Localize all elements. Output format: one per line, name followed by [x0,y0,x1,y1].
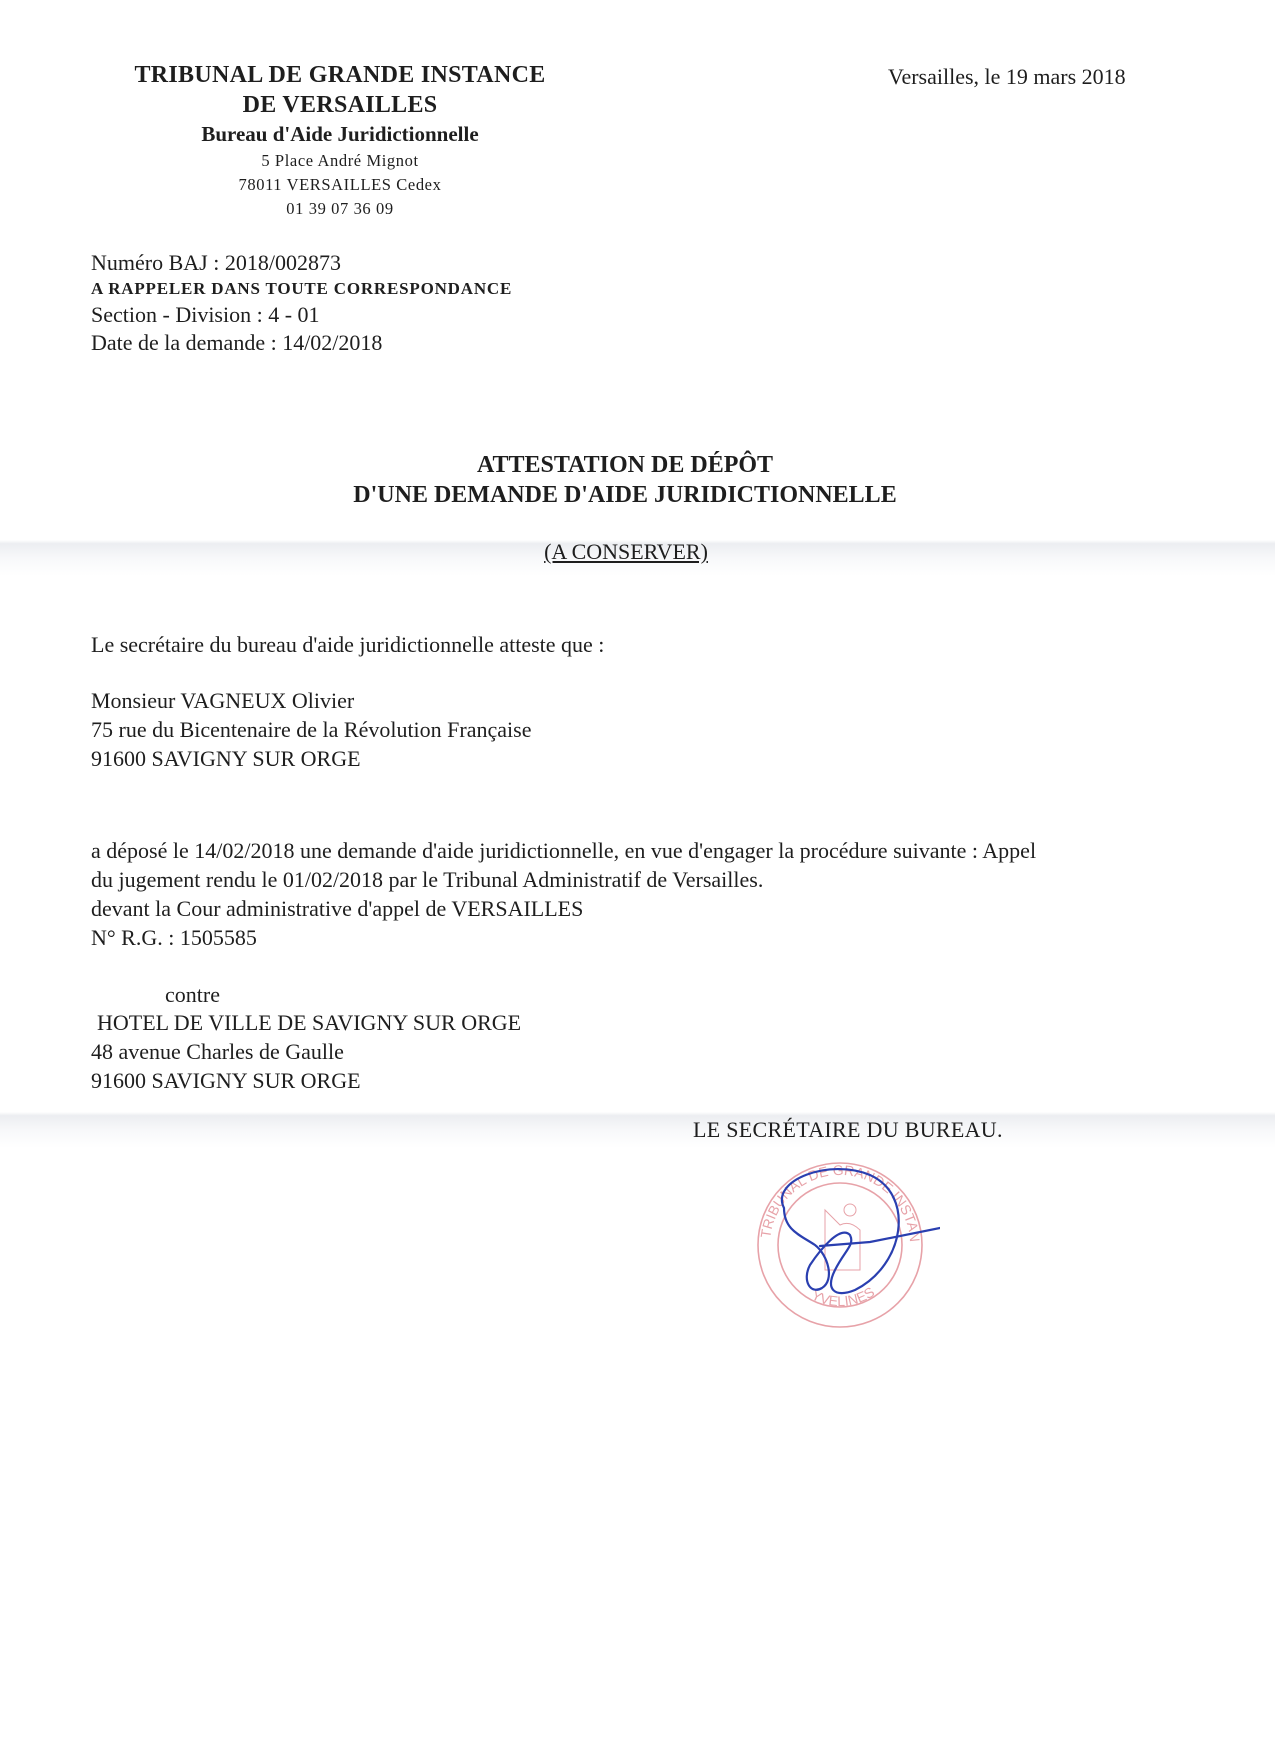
title-line-1: ATTESTATION DE DÉPÔT [0,450,1250,480]
applicant-city: 91600 SAVIGNY SUR ORGE [91,744,531,773]
place-date: Versailles, le 19 mars 2018 [888,64,1126,90]
signature-title: LE SECRÉTAIRE DU BUREAU. [693,1117,1003,1143]
adverse-party-city: 91600 SAVIGNY SUR ORGE [91,1066,521,1095]
issuer-city: 78011 VERSAILLES Cedex [90,173,590,197]
attestation-intro: Le secrétaire du bureau d'aide juridicti… [91,630,604,659]
seal-text-bottom: YVELINES [809,1283,877,1309]
applicant-name: Monsieur VAGNEUX Olivier [91,686,531,715]
court-seal-stamp: TRIBUNAL DE GRANDE INSTANCE DE VERSAILLE… [740,1150,940,1340]
request-date: Date de la demande : 14/02/2018 [91,329,512,357]
keep-notice: (A CONSERVER) [0,539,1252,565]
issuer-street: 5 Place André Mignot [90,149,590,173]
procedure-block: a déposé le 14/02/2018 une demande d'aid… [91,836,1036,952]
svg-text:YVELINES: YVELINES [809,1283,877,1309]
issuer-header: TRIBUNAL DE GRANDE INSTANCE DE VERSAILLE… [90,60,590,221]
procedure-line-2: du jugement rendu le 01/02/2018 par le T… [91,865,1036,894]
baj-number: Numéro BAJ : 2018/002873 [91,249,512,277]
applicant-block: Monsieur VAGNEUX Olivier 75 rue du Bicen… [91,686,531,773]
procedure-line-1: a déposé le 14/02/2018 une demande d'aid… [91,836,1036,865]
section-division: Section - Division : 4 - 01 [91,301,512,329]
issuer-department: Bureau d'Aide Juridictionnelle [90,120,590,149]
procedure-case-number: N° R.G. : 1505585 [91,923,1036,952]
issuer-phone: 01 39 07 36 09 [90,197,590,221]
procedure-line-3: devant la Cour administrative d'appel de… [91,894,1036,923]
document-title: ATTESTATION DE DÉPÔT D'UNE DEMANDE D'AID… [0,450,1250,510]
issuer-court-city: DE VERSAILLES [90,90,590,120]
adverse-party-block: HOTEL DE VILLE DE SAVIGNY SUR ORGE 48 av… [91,1008,521,1095]
issuer-court-name: TRIBUNAL DE GRANDE INSTANCE [90,60,590,90]
title-line-2: D'UNE DEMANDE D'AIDE JURIDICTIONNELLE [0,480,1250,510]
adverse-party-name: HOTEL DE VILLE DE SAVIGNY SUR ORGE [91,1008,521,1037]
applicant-street: 75 rue du Bicentenaire de la Révolution … [91,715,531,744]
reference-block: Numéro BAJ : 2018/002873 A RAPPELER DANS… [91,249,512,357]
paper-fold-2 [0,1112,1275,1148]
keep-notice-text: (A CONSERVER) [544,539,708,564]
reference-reminder: A RAPPELER DANS TOUTE CORRESPONDANCE [91,277,512,301]
against-label: contre [165,980,220,1009]
adverse-party-street: 48 avenue Charles de Gaulle [91,1037,521,1066]
